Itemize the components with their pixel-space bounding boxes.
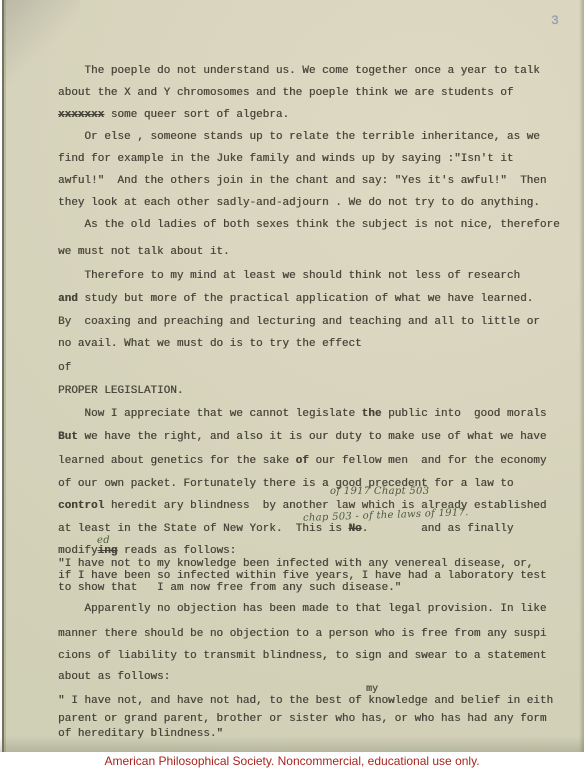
document-line: we must not talk about it. bbox=[58, 246, 230, 259]
document-line: Therefore to my mind at least we should … bbox=[58, 270, 520, 283]
document-text: awful!" And the others join in the chant… bbox=[58, 175, 546, 187]
document-line: PROPER LEGISLATION. bbox=[58, 385, 183, 398]
document-text: cions of liability to transmit blindness… bbox=[58, 650, 546, 662]
document-text: modify bbox=[58, 545, 98, 557]
document-text: heredit ary blindness by another law whi… bbox=[104, 500, 546, 512]
document-text: public into good morals bbox=[381, 408, 546, 420]
document-line: Or else , someone stands up to relate th… bbox=[58, 131, 540, 144]
document-text: no avail. What we must do is to try the … bbox=[58, 338, 362, 350]
document-text: " I have not, and have not had, to the b… bbox=[58, 695, 553, 707]
document-line: " I have not, and have not had, to the b… bbox=[58, 695, 553, 708]
document-line: modifying reads as follows: bbox=[58, 545, 236, 558]
document-text: "I have not to my knowledge been infecte… bbox=[58, 558, 533, 570]
document-text: to show that I am now free from any such… bbox=[58, 582, 401, 594]
document-text: at least in the State of New York. This … bbox=[58, 523, 348, 535]
document-text: of hereditary blindness." bbox=[58, 728, 223, 740]
document-text: find for example in the Juke family and … bbox=[58, 153, 513, 165]
document-text: manner there should be no objection to a… bbox=[58, 628, 546, 640]
document-text: Apparently no objection has been made to… bbox=[58, 603, 546, 615]
document-text-bold: the bbox=[362, 408, 382, 420]
document-line: xxxxxxx some queer sort of algebra. bbox=[58, 109, 289, 122]
document-line: control heredit ary blindness by another… bbox=[58, 500, 547, 513]
document-text-strike: xxxxxxx bbox=[58, 109, 104, 121]
handwritten-note-above: of 1917 Chapt 503 bbox=[330, 486, 429, 497]
document-line: Apparently no objection has been made to… bbox=[58, 603, 546, 616]
document-line: As the old ladies of both sexes think th… bbox=[58, 219, 560, 232]
scanned-page: 3 The poeple do not understand us. We co… bbox=[0, 0, 584, 752]
document-text-strike: ing bbox=[98, 545, 118, 557]
document-line: of bbox=[58, 362, 71, 375]
document-line: and study but more of the practical appl… bbox=[58, 293, 533, 306]
document-text-bold: But bbox=[58, 431, 78, 443]
document-line: By coaxing and preaching and lecturing a… bbox=[58, 316, 540, 329]
document-text: Now I appreciate that we cannot legislat… bbox=[58, 408, 362, 420]
scan-corner-shadow bbox=[0, 0, 80, 95]
document-text: of our own packet. Fortunately there is … bbox=[58, 478, 513, 490]
document-line: to show that I am now free from any such… bbox=[58, 582, 401, 595]
document-line: manner there should be no objection to a… bbox=[58, 628, 546, 641]
document-text: about the X and Y chromosomes and the po… bbox=[58, 87, 513, 99]
handwritten-correction-ed: ed bbox=[97, 535, 110, 546]
document-line: about the X and Y chromosomes and the po… bbox=[58, 87, 513, 100]
paper-left-edge bbox=[0, 0, 6, 752]
document-line: The poeple do not understand us. We come… bbox=[58, 65, 540, 78]
document-text: they look at each other sadly-and-adjour… bbox=[58, 197, 540, 209]
document-text: reads as follows: bbox=[117, 545, 236, 557]
document-text: The poeple do not understand us. We come… bbox=[58, 65, 540, 77]
document-text-strike: No bbox=[348, 523, 361, 535]
document-line: of hereditary blindness." bbox=[58, 728, 223, 741]
document-line: Now I appreciate that we cannot legislat… bbox=[58, 408, 547, 421]
document-line: about as follows: bbox=[58, 671, 170, 684]
document-line: But we have the right, and also it is ou… bbox=[58, 431, 547, 444]
document-text-bold: and bbox=[58, 293, 78, 305]
document-text: learned about genetics for the sake bbox=[58, 455, 296, 467]
document-text: we have the right, and also it is our du… bbox=[78, 431, 547, 443]
document-text: study but more of the practical applicat… bbox=[78, 293, 533, 305]
document-text: some queer sort of algebra. bbox=[104, 109, 289, 121]
document-line: cions of liability to transmit blindness… bbox=[58, 650, 546, 663]
document-line: no avail. What we must do is to try the … bbox=[58, 338, 362, 351]
document-line: at least in the State of New York. This … bbox=[58, 523, 513, 536]
document-text: of bbox=[58, 362, 71, 374]
document-line: awful!" And the others join in the chant… bbox=[58, 175, 546, 188]
document-text: about as follows: bbox=[58, 671, 170, 683]
document-line: learned about genetics for the sake of o… bbox=[58, 455, 546, 468]
document-line: of our own packet. Fortunately there is … bbox=[58, 478, 513, 491]
document-text: if I have been so infected within five y… bbox=[58, 570, 546, 582]
footer-credit: American Philosophical Society. Noncomme… bbox=[0, 752, 584, 770]
document-text: As the old ladies of both sexes think th… bbox=[58, 219, 560, 231]
document-line: find for example in the Juke family and … bbox=[58, 153, 513, 166]
document-text: our fellow men and for the economy bbox=[309, 455, 547, 467]
document-line: parent or grand parent, brother or siste… bbox=[58, 713, 546, 726]
page-number: 3 bbox=[551, 13, 559, 28]
paper-right-edge bbox=[579, 0, 584, 752]
document-text: parent or grand parent, brother or siste… bbox=[58, 713, 546, 725]
document-line: they look at each other sadly-and-adjour… bbox=[58, 197, 540, 210]
document-text: . and as finally bbox=[362, 523, 514, 535]
document-text: we must not talk about it. bbox=[58, 246, 230, 258]
document-text-bold: control bbox=[58, 500, 104, 512]
document-text: Therefore to my mind at least we should … bbox=[58, 270, 520, 282]
document-text-bold: of bbox=[296, 455, 309, 467]
document-text: Or else , someone stands up to relate th… bbox=[58, 131, 540, 143]
typed-insertion-my: my bbox=[366, 684, 378, 695]
document-text: PROPER LEGISLATION. bbox=[58, 385, 183, 397]
document-text: By coaxing and preaching and lecturing a… bbox=[58, 316, 540, 328]
